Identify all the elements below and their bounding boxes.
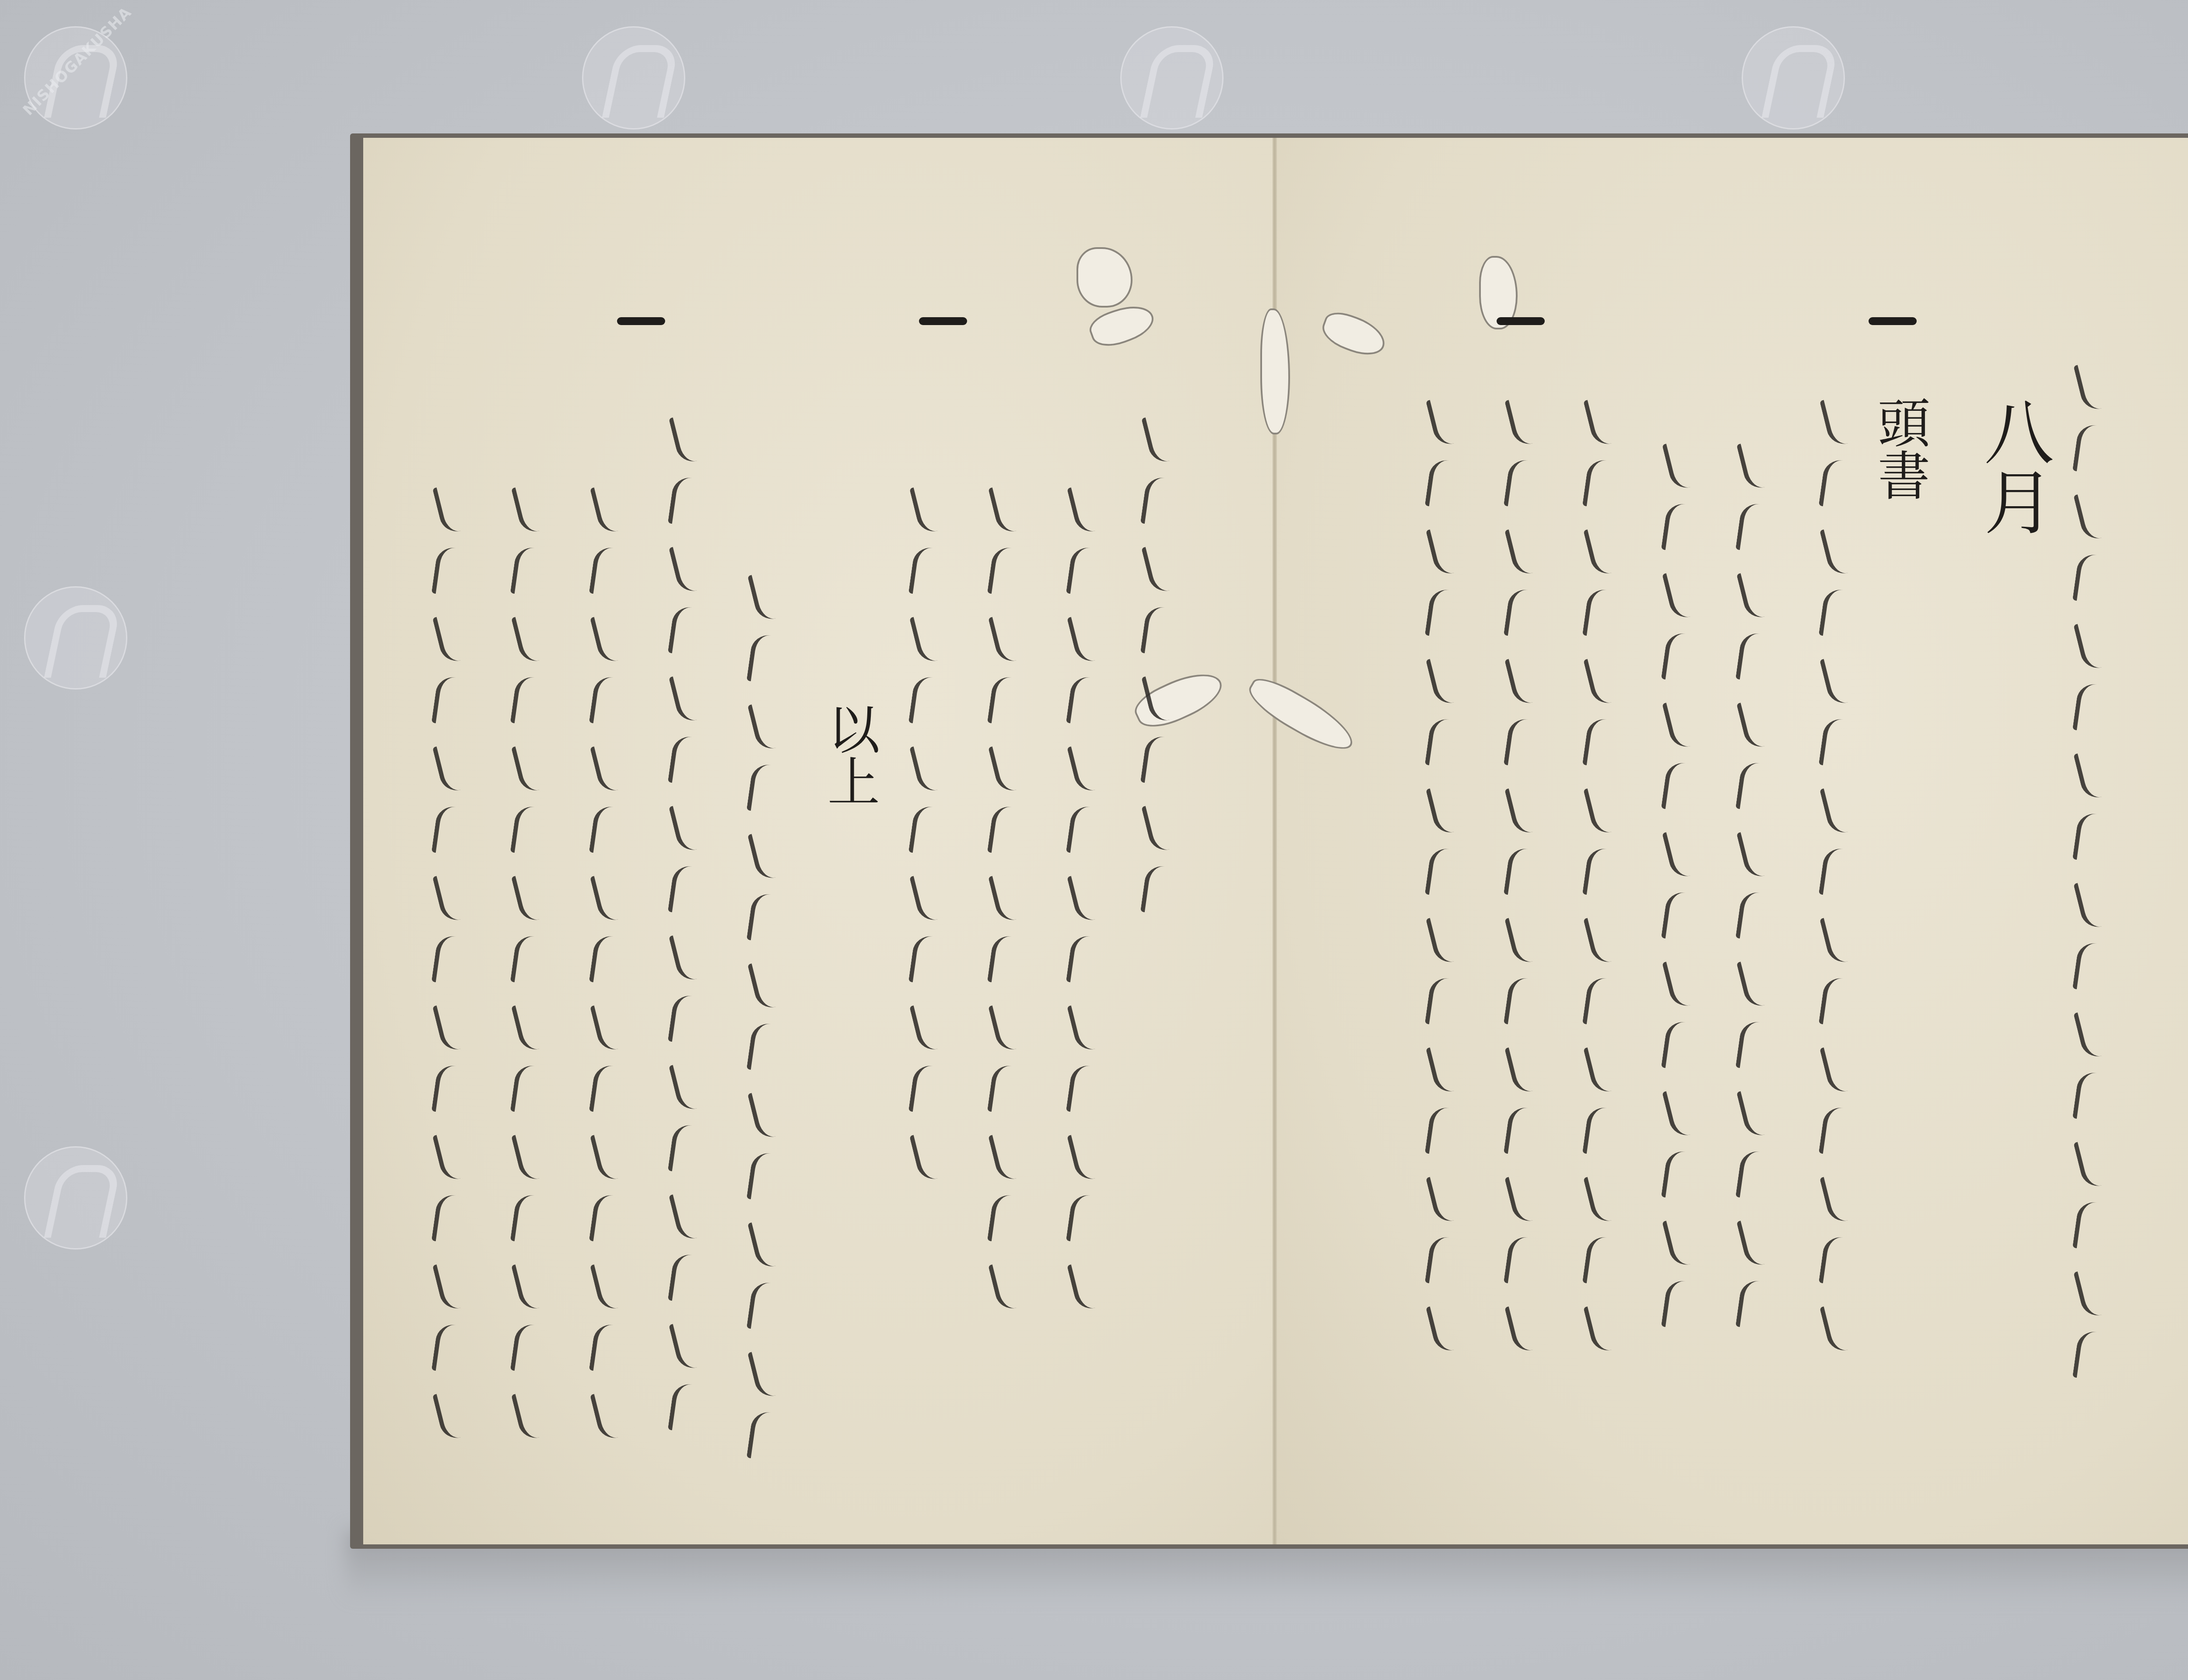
- watermark-logo: [24, 586, 127, 689]
- text-column: [665, 413, 718, 1449]
- item-marker: [919, 317, 967, 325]
- text-column: [429, 483, 481, 1455]
- watermark-logo: [24, 1146, 127, 1249]
- text-column: [744, 571, 796, 1477]
- text-column: [1580, 396, 1632, 1367]
- text-column: [985, 483, 1037, 1325]
- heading-title: 頭書: [1873, 396, 1925, 501]
- text-column: [2070, 361, 2122, 1397]
- open-book: 頭書 八月 以上: [350, 133, 2188, 1549]
- text-column: [508, 483, 560, 1455]
- watermark-logo: [1120, 26, 1224, 129]
- left-page: [363, 138, 1273, 1544]
- watermark-logo: [1742, 26, 1845, 129]
- heading-month: 八月: [1978, 396, 2048, 536]
- text-column: [1659, 440, 1711, 1346]
- text-column: [1422, 396, 1475, 1367]
- text-column: [1733, 440, 1785, 1346]
- text-column: [1138, 413, 1190, 931]
- item-marker: [1869, 317, 1917, 325]
- text-column: [586, 483, 639, 1455]
- right-page: [1276, 138, 2188, 1544]
- text-column: [1816, 396, 1869, 1367]
- text-column: [1063, 483, 1116, 1325]
- watermark-logo: [582, 26, 685, 129]
- watermark-logo: [24, 26, 127, 129]
- item-marker: [1497, 317, 1545, 325]
- text-column: [906, 483, 958, 1196]
- text-column: [1501, 396, 1553, 1367]
- item-marker: [617, 317, 665, 325]
- closing-text: 以上: [823, 702, 875, 807]
